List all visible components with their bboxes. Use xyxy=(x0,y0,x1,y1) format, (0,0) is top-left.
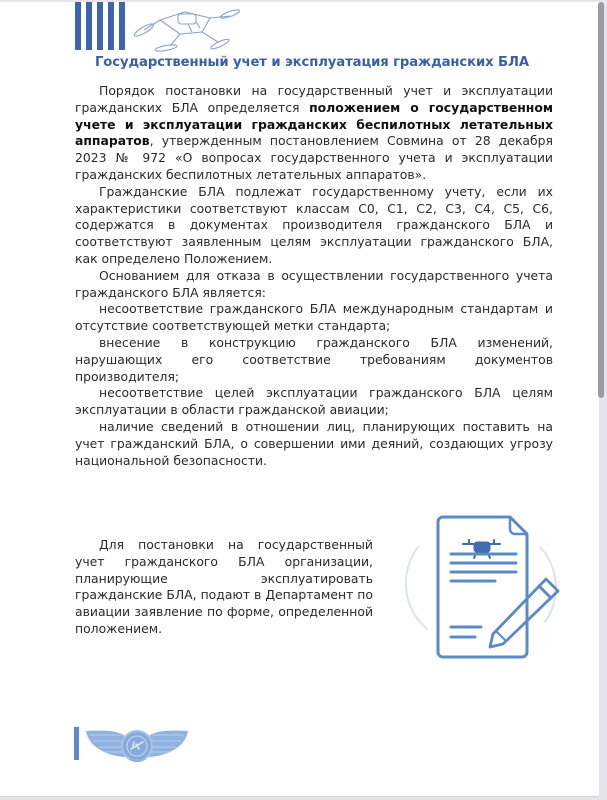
document-page: Государственный учет и эксплуатация граж… xyxy=(0,2,601,797)
registration-instructions: Для постановки на государственный учет г… xyxy=(75,537,373,638)
refusal-item: несоответствие целей эксплуатации гражда… xyxy=(75,385,553,419)
document-with-drone-and-pencil-icon xyxy=(405,507,585,667)
footer-accent-bar xyxy=(74,727,79,760)
aviation-wings-emblem-icon xyxy=(84,727,190,769)
refusal-item: несоответствие гражданского БЛА междунар… xyxy=(75,301,553,335)
paragraph-classes: Гражданские БЛА подлежат государственном… xyxy=(75,184,553,268)
body-text: Порядок постановки на государственный уч… xyxy=(75,83,553,469)
paragraph-intro: Порядок постановки на государственный уч… xyxy=(75,83,553,184)
paragraph-refusal-grounds: Основанием для отказа в осуществлении го… xyxy=(75,268,553,302)
drone-sketch-icon xyxy=(130,2,240,54)
scrollbar-thumb[interactable] xyxy=(598,2,604,398)
refusal-item: внесение в конструкцию гражданского БЛА … xyxy=(75,335,553,385)
header-stripes-icon xyxy=(75,2,125,52)
paragraph-application: Для постановки на государственный учет г… xyxy=(75,537,373,638)
page-title: Государственный учет и эксплуатация граж… xyxy=(95,55,555,70)
refusal-item: наличие сведений в отношении лиц, планир… xyxy=(75,419,553,469)
